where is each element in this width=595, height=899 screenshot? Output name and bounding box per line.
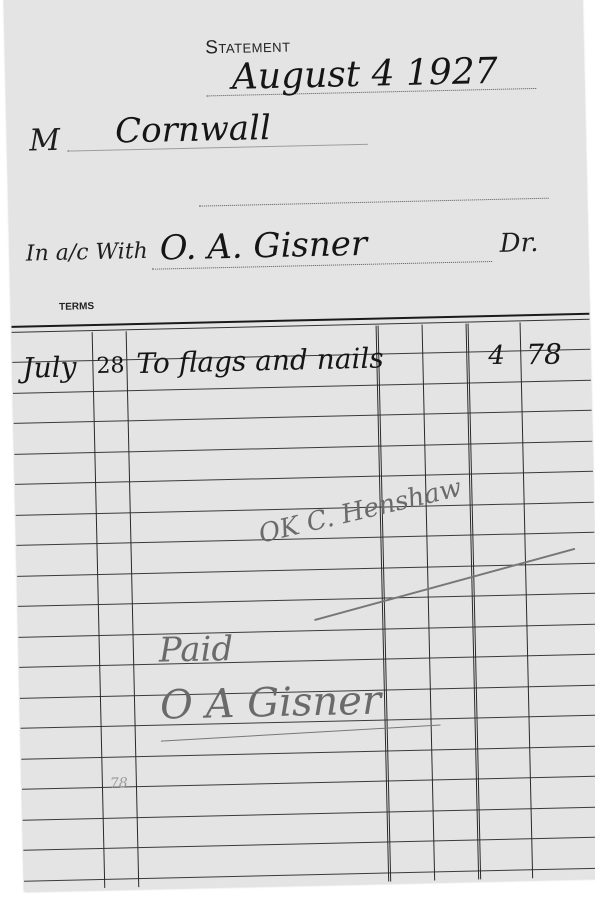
address-line (199, 198, 549, 207)
col-divider-4 (422, 325, 436, 881)
terms-label: TERMS (59, 301, 94, 313)
ledger-row-line (19, 654, 595, 668)
recipient-name: Cornwall (115, 108, 272, 152)
ledger-row-line (22, 776, 595, 790)
entry-description: To flags and nails (136, 341, 384, 380)
entry-day: 28 (96, 353, 125, 379)
ledger-row-line (15, 471, 593, 485)
creditor-name: O. A. Gisner (159, 224, 367, 269)
ledger-row-line (14, 410, 592, 424)
paid-signature: O A Gisner (160, 678, 382, 729)
ledger-row-line (19, 623, 595, 637)
statement-paper: Statement August 4 1927 M Cornwall In a/… (4, 0, 595, 892)
col-divider-day (126, 331, 140, 887)
approval-note: OK C. Henshaw (256, 473, 465, 550)
approval-underline (314, 548, 575, 621)
col-divider-dollars (520, 322, 534, 878)
entry-dollars: 4 (488, 341, 505, 371)
account-prefix: In a/c With (26, 239, 149, 267)
date-text: August 4 1927 (231, 51, 498, 98)
ledger-row-line (21, 745, 595, 759)
ledger-row-line (17, 562, 595, 576)
ledger-row-line (24, 867, 595, 881)
ledger-row-line (23, 837, 595, 851)
recipient-prefix: M (29, 123, 61, 159)
entry-cents: 78 (526, 337, 562, 371)
ledger-row-line (13, 379, 591, 393)
ledger-row-line (23, 806, 595, 820)
ledger-row-line (14, 440, 592, 454)
paid-note: Paid (158, 629, 233, 671)
debit-marker: Dr. (499, 228, 538, 259)
faint-pencil-mark: 78 (110, 775, 128, 791)
col-divider-month (92, 332, 106, 888)
col-divider-5 (466, 324, 482, 880)
entry-month: July (22, 350, 77, 384)
ledger-row-line (18, 593, 595, 607)
ledger-top-rule (11, 313, 589, 333)
